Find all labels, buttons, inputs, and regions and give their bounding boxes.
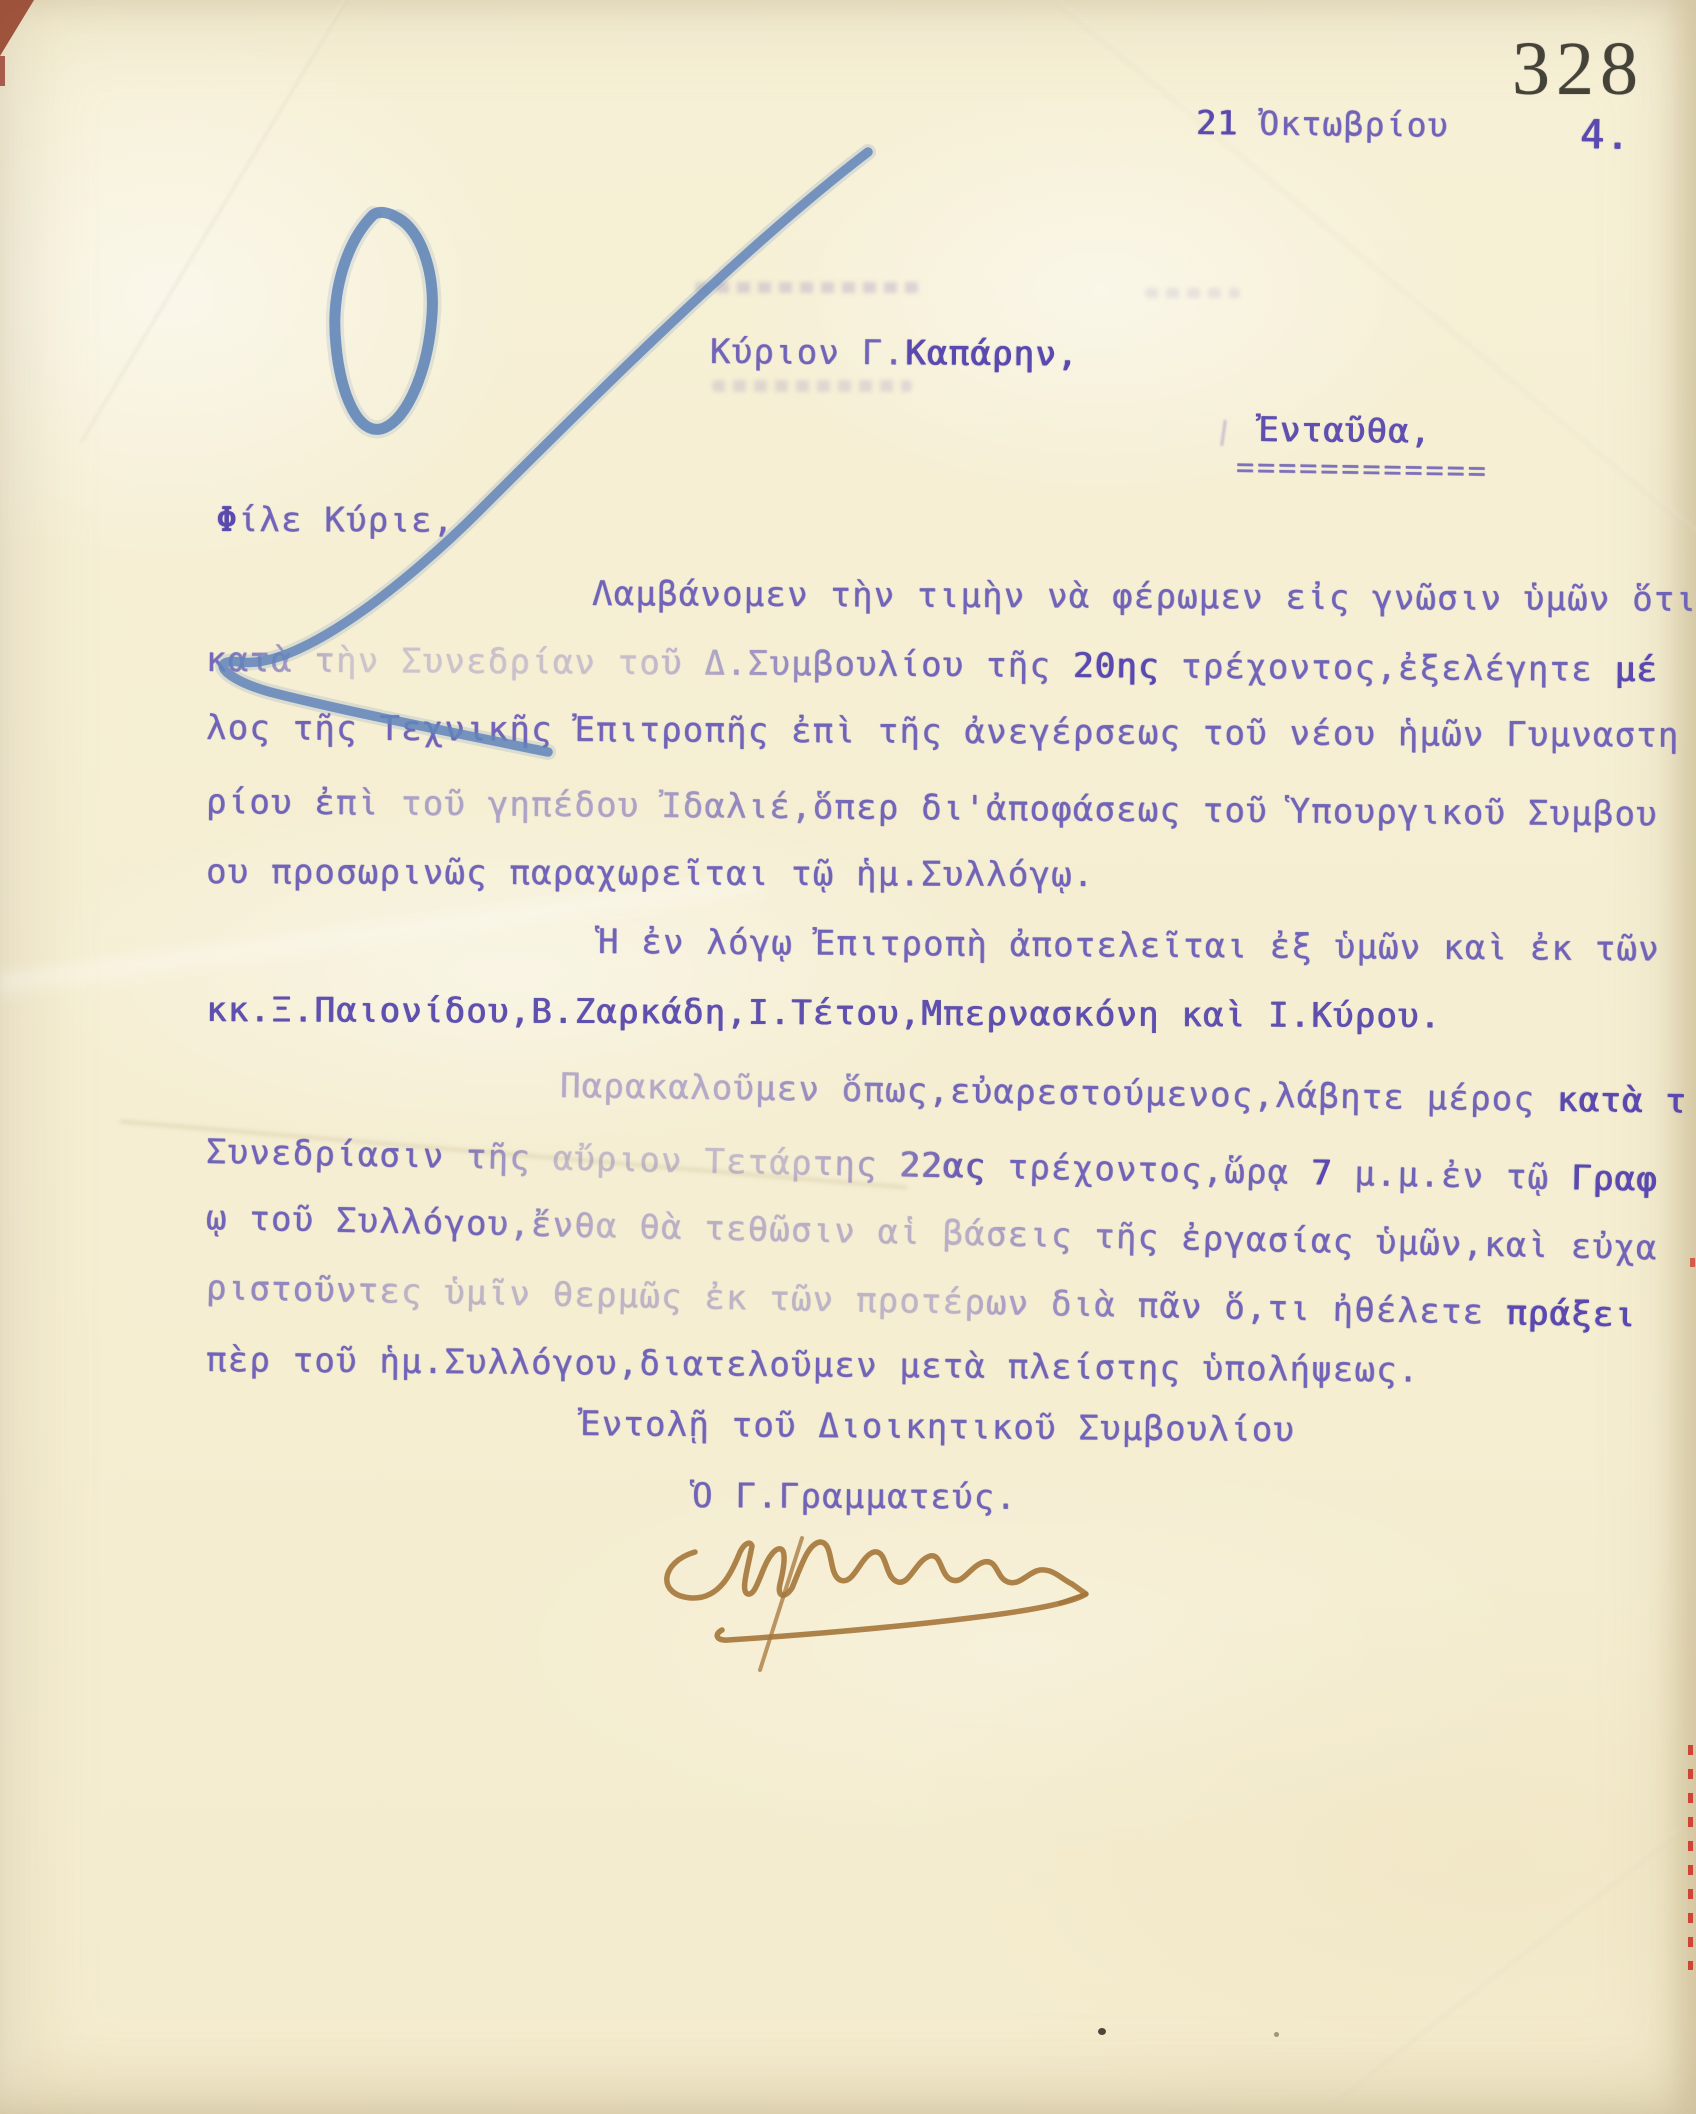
corner-tear-mark bbox=[0, 0, 34, 56]
scanned-letter-page: 328 21 Ὀκτωβρίου 4. Κύριον Γ.Καπάρην, Ἐν… bbox=[0, 0, 1696, 2114]
fold-crease bbox=[1331, 1826, 1685, 2104]
body-line: πὲρ τοῦ ἡμ.Συλλόγου,διατελοῦμεν μετὰ πλε… bbox=[206, 1340, 1420, 1391]
closing-by-order: Ἐντολῇ τοῦ Διοικητικοῦ Συμβουλίου bbox=[580, 1404, 1295, 1450]
red-edge-dot bbox=[1690, 1258, 1695, 1267]
blue-pencil-mark bbox=[180, 130, 920, 780]
date-day: 21 bbox=[1196, 103, 1239, 142]
place-line: Ἐνταῦθα, bbox=[1258, 410, 1432, 452]
body-line: κκ.Ξ.Παιονίδου,Β.Ζαρκάδη,Ι.Τέτου,Μπερνασ… bbox=[206, 990, 1441, 1037]
body-line: Παρακαλοῦμεν ὅπως,εὐαρεστούμενος,λάβητε … bbox=[560, 1066, 1687, 1122]
date-line: 21 Ὀκτωβρίου bbox=[1196, 104, 1449, 146]
body-line: Συνεδρίασιν τῆς αὔριον Τετάρτης 22ας τρέ… bbox=[206, 1132, 1658, 1200]
red-edge-dashes bbox=[1688, 1745, 1693, 1970]
paper-speck bbox=[1098, 2028, 1106, 2035]
ink-smudge bbox=[1220, 420, 1227, 446]
body-line: Ἡ ἐν λόγῳ Ἐπιτροπὴ ἀποτελεῖται ἐξ ὑμῶν κ… bbox=[598, 922, 1660, 970]
body-line: ριστοῦντες ὑμῖν θερμῶς ἐκ τῶν προτέρων δ… bbox=[206, 1268, 1637, 1336]
addressee-name: Καπάρην, bbox=[905, 333, 1079, 374]
body-line: ρίου ἐπὶ τοῦ γηπέδου Ἰδαλιέ,ὅπερ δι'ἀποφ… bbox=[206, 782, 1658, 835]
ink-bleedthrough bbox=[1145, 288, 1240, 298]
body-line: ου προσωρινῶς παραχωρεῖται τῷ ἡμ.Συλλόγῳ… bbox=[206, 852, 1095, 895]
date-month: Ὀκτωβρίου bbox=[1238, 103, 1449, 144]
place-underline: ============ bbox=[1236, 450, 1489, 489]
body-line: ῳ τοῦ Συλλόγου,ἔνθα θὰ τεθῶσιν αἱ βάσεις… bbox=[206, 1198, 1658, 1269]
signature-ink bbox=[640, 1500, 1120, 1700]
edge-mark bbox=[0, 56, 5, 86]
paper-speck bbox=[1274, 2032, 1279, 2037]
date-year: 4. bbox=[1580, 112, 1631, 160]
page-number-stamp: 328 bbox=[1512, 30, 1644, 110]
